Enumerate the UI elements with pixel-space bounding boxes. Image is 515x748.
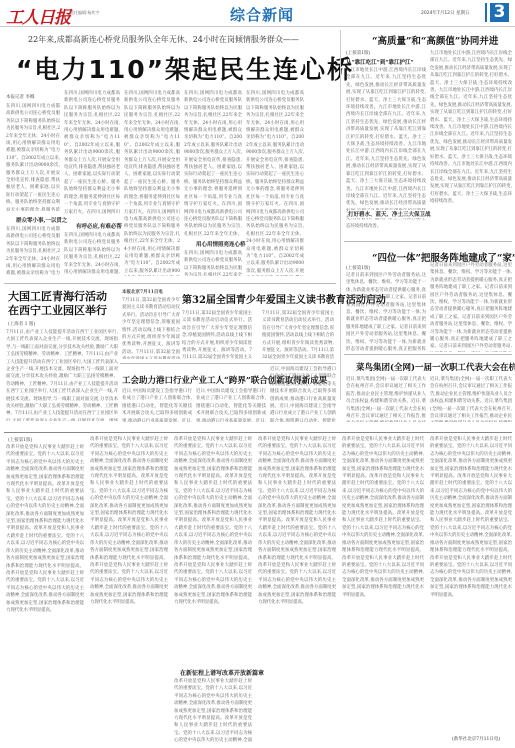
divider: [4, 283, 336, 284]
newspaper-logo: 工人日报: [6, 3, 70, 28]
divider: [120, 363, 336, 364]
reform-body-3b: 改革开放是党和人民事业大踏步赶上时代的重要法宝。党的十八大以来,以习近平同志为核…: [174, 678, 252, 744]
lead-title: “电力110”架起民生连心桥: [16, 50, 354, 86]
reading-dateline: 本报北京7月11日电: [122, 289, 163, 295]
lead-subhead-3: 用心用情照亮连心桥: [196, 240, 246, 248]
section-title: 综合新闻: [230, 4, 294, 25]
reform-body-5: 改革开放是党和人民事业大踏步赶上时代的重要法宝。党的十八大以来,以习近平同志为核…: [342, 436, 424, 744]
lead-body-col4: 在四川,国网四川电力成都高新供电公司连心桥党员服务队以下简称服务队始终以为民服务…: [184, 90, 242, 236]
cainiao-body-2: 近日,菜鸟集团(全网)一届一次职工代表大会在杭州召开,会议审议通过了相关工作报告…: [430, 376, 512, 422]
editor-credit: 责任编辑:杨兆宇: [70, 10, 99, 16]
cainiao-body-1: 近日,菜鸟集团(全网)一届一次职工代表大会在杭州召开,会议审议通过了相关工作报告…: [346, 376, 426, 422]
reading-body-3: 7月11日,第32届全国青少年爱国主义读书教育活动启动仪式举行。活动旨在引导广大…: [262, 310, 334, 360]
home-byline: (上接第1版): [346, 265, 370, 271]
reform-body-3: 改革开放是党和人民事业大踏步赶上时代的重要法宝。党的十八大以来,以习近平同志为核…: [174, 436, 252, 652]
home-body-2: 记者日前来到园区户外劳动者服务站,这里集休息、餐饮、维权、学习等功能于一体,为新…: [430, 262, 512, 352]
lead-body-col1: 在四川,国网四川电力成都高新供电公司连心桥党员服务队以下简称服务队始终以为民服务…: [6, 103, 60, 211]
xining-title-2: 在西宁工业园区举行: [8, 304, 107, 318]
masthead: 工人日报 责任编辑:杨兆宇 综合新闻 2024年7月12日 星期五 3: [0, 0, 515, 27]
reform-footer: (新华社北京7月11日电): [452, 736, 500, 742]
reading-body-1: 7月11日,第32届全国青少年爱国主义读书教育活动启动仪式举行。活动旨在引导广大…: [122, 297, 180, 359]
port-body-2: 近日,中国海员建设工会指导港口行业成立了港口产业工人创新联合体,围绕港口自动化、…: [196, 388, 266, 422]
reform-body-1: 改革开放是党和人民事业大踏步赶上时代的重要法宝。党的十八大以来,以习近平同志为核…: [6, 444, 84, 744]
page-number: 3: [490, 3, 509, 22]
lead-body-col5: 在四川,国网四川电力成都高新供电公司连心桥党员服务队以下简称服务队始终以为民服务…: [246, 90, 304, 276]
lead-byline: 本报记者 李娜: [6, 94, 34, 100]
lead-body-col2: 在四川,国网四川电力成都高新供电公司连心桥党员服务队以下简称服务队始终以为民服务…: [64, 90, 120, 216]
divider: [4, 432, 512, 433]
divider: [344, 241, 512, 242]
river-body-2: 九江市地处长江中游,江西境内长江岸线全部在九江。近年来,九江坚持生态优先、绿色发…: [430, 50, 512, 240]
port-body-3: 近日,中国海员建设工会指导港口行业成立了港口产业工人创新联合体,围绕港口自动化、…: [270, 366, 336, 422]
port-body-1: 近日,中国海员建设工会指导港口行业成立了港口产业工人创新联合体,围绕港口自动化、…: [122, 388, 192, 422]
lead-subhead-2: 有呼必应,有难必帮: [76, 222, 122, 230]
xining-body: 7月11日,由产业工人技能提升活动在西宁工业园区举行,大国工匠代表深入企业生产一…: [6, 329, 118, 421]
river-title: “高质量”和“高颜值”协同并进: [372, 33, 498, 47]
home-body-1: 记者日前来到园区户外劳动者服务站,这里集休息、餐饮、维权、学习等功能于一体,为新…: [346, 272, 426, 352]
river-byline: (上接第1版): [346, 50, 370, 56]
divider: [344, 354, 512, 355]
lead-body-col1b: 在四川,国网四川电力成都高新供电公司连心桥党员服务队以下简称服务队始终以为民服务…: [6, 226, 60, 276]
river-subhead-1: 从“靠江吃江”到“靠江护江”: [346, 58, 414, 66]
reading-body-2: 7月11日,第32届全国青少年爱国主义读书教育活动启动仪式举行。活动旨在引导广大…: [182, 310, 252, 360]
cainiao-title: 菜鸟集团(全网)一届一次职工代表大会在杭州召开: [356, 361, 515, 373]
reform-body-4: 改革开放是党和人民事业大踏步赶上时代的重要法宝。党的十八大以来,以习近平同志为核…: [258, 436, 336, 744]
lead-body-col4b: 在四川,国网四川电力成都高新供电公司连心桥党员服务队以下简称服务队始终以为民服务…: [184, 250, 242, 276]
lead-subtitle: 22年来,成都高新连心桥党员服务队全年无休、24小时在岗倾情服务群众——: [28, 34, 299, 45]
xining-byline: (上海者 1 版): [8, 321, 35, 327]
reform-body-6: 改革开放是党和人民事业大踏步赶上时代的重要法宝。党的十八大以来,以习近平同志为核…: [430, 436, 512, 732]
issue-date: 2024年7月12日 星期五: [421, 10, 469, 16]
lead-body-col2b: 在四川,国网四川电力成都高新供电公司连心桥党员服务队以下简称服务队始终以为民服务…: [64, 232, 120, 276]
xining-title-1: 大国工匠青海行活动: [8, 290, 107, 304]
reform-subhead: 在新征程上谱写改革开放新篇章: [180, 668, 264, 677]
river-subhead-2: 打好碧水、蓝天、净土三大保卫战: [348, 210, 433, 218]
column-divider: [340, 30, 341, 400]
lead-subhead-1: 群众零小事,一以贯之: [16, 216, 67, 224]
lead-body-col3: 在四川,国网四川电力成都高新供电公司连心桥党员服务队以下简称服务队始终以为民服务…: [124, 90, 180, 276]
reform-byline: (上接第1版): [8, 437, 32, 443]
reform-body-2: 改革开放是党和人民事业大踏步赶上时代的重要法宝。党的十八大以来,以习近平同志为核…: [90, 436, 168, 744]
